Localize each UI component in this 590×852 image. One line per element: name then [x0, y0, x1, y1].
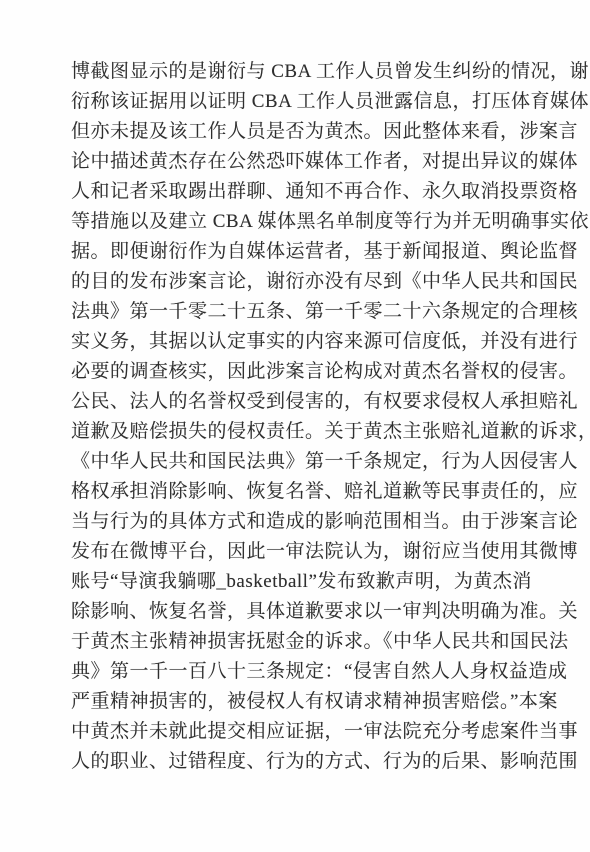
- text-line: 严重精神损害的，被侵权人有权请求精神损害赔偿。”本案: [71, 687, 521, 717]
- text-line: 账号“导演我躺哪_basketball”发布致歉声明，为黄杰消: [71, 567, 521, 597]
- text-line: 但亦未提及该工作人员是否为黄杰。因此整体来看，涉案言: [71, 117, 521, 147]
- text-line: 等措施以及建立 CBA 媒体黑名单制度等行为并无明确事实依: [71, 207, 521, 237]
- text-line: 的目的发布涉案言论，谢衍亦没有尽到《中华人民共和国民: [71, 267, 521, 297]
- text-line: 人和记者采取踢出群聊、通知不再合作、永久取消投票资格: [71, 177, 521, 207]
- text-line: 除影响、恢复名誉，具体道歉要求以一审判决明确为准。关: [71, 597, 521, 627]
- text-line: 道歉及赔偿损失的侵权责任。关于黄杰主张赔礼道歉的诉求，: [71, 417, 521, 447]
- text-line: 博截图显示的是谢衍与 CBA 工作人员曾发生纠纷的情况，谢: [71, 57, 521, 87]
- text-line: 衍称该证据用以证明 CBA 工作人员泄露信息，打压体育媒体，: [71, 87, 521, 117]
- text-line: 必要的调查核实，因此涉案言论构成对黄杰名誉权的侵害。: [71, 357, 521, 387]
- text-line: 中黄杰并未就此提交相应证据，一审法院充分考虑案件当事: [71, 717, 521, 747]
- text-line: 论中描述黄杰存在公然恐吓媒体工作者，对提出异议的媒体: [71, 147, 521, 177]
- text-line: 人的职业、过错程度、行为的方式、行为的后果、影响范围: [71, 747, 521, 777]
- text-line: 典》第一千一百八十三条规定：“侵害自然人人身权益造成: [71, 657, 521, 687]
- text-line: 公民、法人的名誉权受到侵害的，有权要求侵权人承担赔礼: [71, 387, 521, 417]
- text-line: 法典》第一千零二十五条、第一千零二十六条规定的合理核: [71, 297, 521, 327]
- text-line: 实义务，其据以认定事实的内容来源可信度低，并没有进行: [71, 327, 521, 357]
- text-line: 当与行为的具体方式和造成的影响范围相当。由于涉案言论: [71, 507, 521, 537]
- text-line: 格权承担消除影响、恢复名誉、赔礼道歉等民事责任的，应: [71, 477, 521, 507]
- text-line: 发布在微博平台，因此一审法院认为，谢衍应当使用其微博: [71, 537, 521, 567]
- document-page: 博截图显示的是谢衍与 CBA 工作人员曾发生纠纷的情况，谢衍称该证据用以证明 C…: [0, 0, 590, 852]
- text-line: 于黄杰主张精神损害抚慰金的诉求。《中华人民共和国民法: [71, 627, 521, 657]
- text-line: 《中华人民共和国民法典》第一千条规定，行为人因侵害人: [71, 447, 521, 477]
- text-line: 据。即便谢衍作为自媒体运营者，基于新闻报道、舆论监督: [71, 237, 521, 267]
- body-text: 博截图显示的是谢衍与 CBA 工作人员曾发生纠纷的情况，谢衍称该证据用以证明 C…: [71, 57, 521, 777]
